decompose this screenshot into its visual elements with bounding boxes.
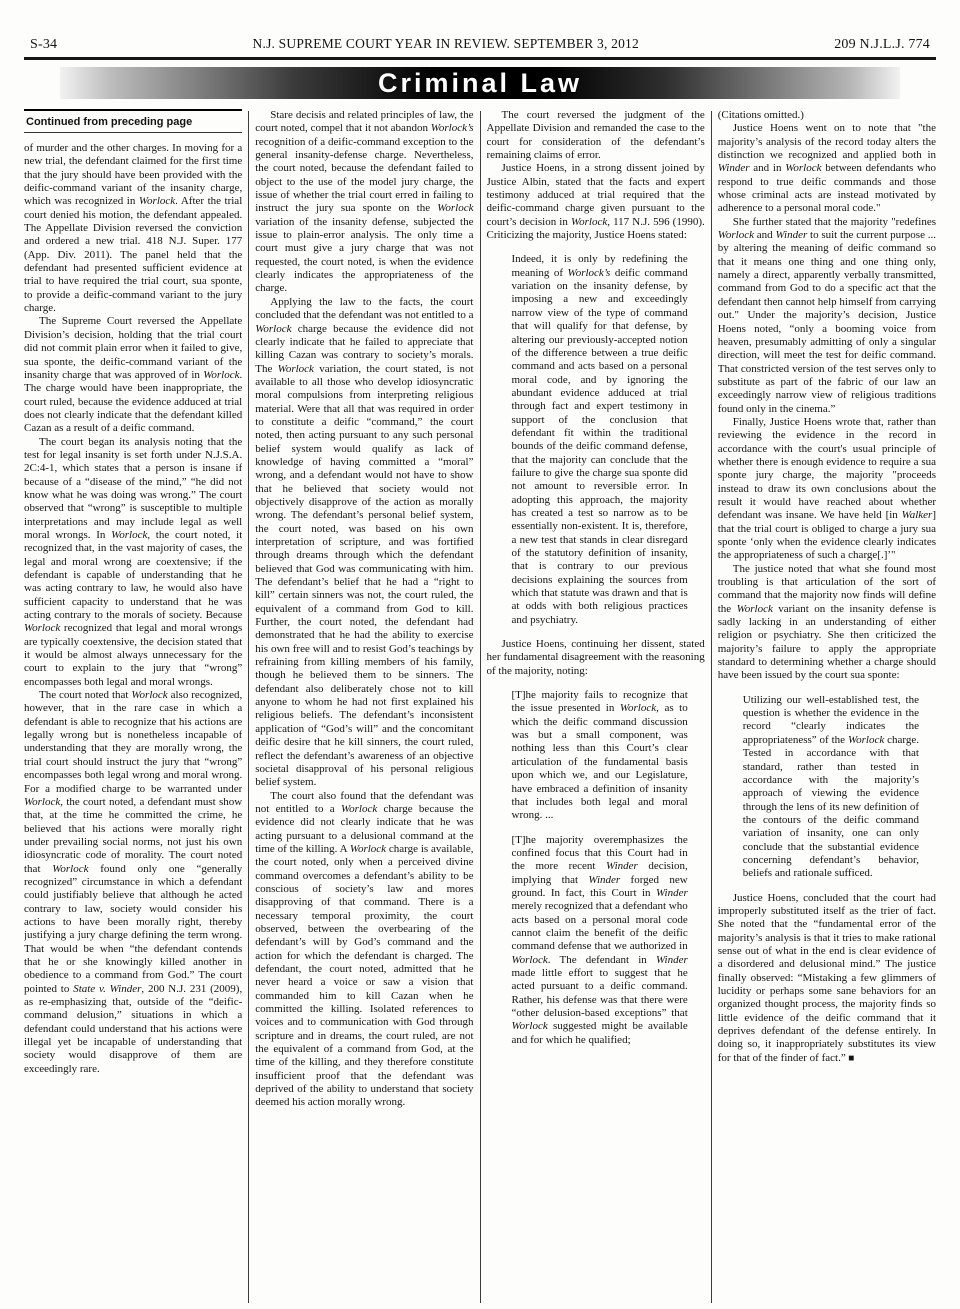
body-paragraph: The court reversed the judgment of the A… bbox=[487, 109, 705, 162]
body-paragraph: (Citations omitted.) bbox=[718, 109, 936, 122]
column-3: The court reversed the judgment of the A… bbox=[487, 109, 705, 1309]
body-paragraph: of murder and the other charges. In movi… bbox=[24, 142, 242, 315]
block-quote: [T]he majority overemphasizes the confin… bbox=[487, 834, 705, 1048]
running-head: S-34 N.J. SUPREME COURT YEAR IN REVIEW. … bbox=[24, 36, 936, 57]
body-paragraph: Finally, Justice Hoens wrote that, rathe… bbox=[718, 416, 936, 563]
block-quote: Utilizing our well-established test, the… bbox=[718, 694, 936, 881]
block-quote: Indeed, it is only by redefining the mea… bbox=[487, 253, 705, 627]
column-1-text: of murder and the other charges. In movi… bbox=[24, 142, 242, 1076]
header-rule bbox=[24, 57, 936, 60]
continued-note: Continued from preceding page bbox=[24, 109, 242, 133]
newspaper-page: S-34 N.J. SUPREME COURT YEAR IN REVIEW. … bbox=[0, 0, 960, 1309]
column-4-text: (Citations omitted.)Justice Hoens went o… bbox=[718, 109, 936, 1065]
column-divider bbox=[248, 111, 249, 1303]
body-paragraph: The Supreme Court reversed the Appellate… bbox=[24, 315, 242, 435]
column-1: Continued from preceding page of murder … bbox=[24, 109, 242, 1309]
end-of-article-mark: ■ bbox=[846, 1053, 855, 1064]
column-2: Stare decisis and related principles of … bbox=[255, 109, 473, 1309]
continued-note-label: Continued from preceding page bbox=[24, 111, 242, 133]
body-paragraph: Justice Hoens, in a strong dissent joine… bbox=[487, 162, 705, 242]
column-4: (Citations omitted.)Justice Hoens went o… bbox=[718, 109, 936, 1309]
body-paragraph: Justice Hoens, continuing her dissent, s… bbox=[487, 638, 705, 678]
article-columns: Continued from preceding page of murder … bbox=[24, 109, 936, 1309]
column-3-text: The court reversed the judgment of the A… bbox=[487, 109, 705, 1047]
body-paragraph: She further stated that the majority "re… bbox=[718, 216, 936, 416]
body-paragraph: The court began its analysis noting that… bbox=[24, 436, 242, 690]
column-divider bbox=[711, 111, 712, 1303]
body-paragraph: Applying the law to the facts, the court… bbox=[255, 296, 473, 790]
body-paragraph: The court noted that Worlock also recogn… bbox=[24, 689, 242, 1076]
body-paragraph: Justice Hoens went on to note that "the … bbox=[718, 122, 936, 215]
section-title: Criminal Law bbox=[378, 70, 582, 97]
page-number: S-34 bbox=[30, 37, 57, 53]
body-paragraph: The justice noted that what she found mo… bbox=[718, 563, 936, 683]
column-divider bbox=[480, 111, 481, 1303]
column-2-text: Stare decisis and related principles of … bbox=[255, 109, 473, 1110]
body-paragraph: The court also found that the defendant … bbox=[255, 790, 473, 1110]
section-banner: Criminal Law bbox=[60, 67, 900, 99]
edition-title: N.J. SUPREME COURT YEAR IN REVIEW. SEPTE… bbox=[57, 36, 834, 52]
block-quote: [T]he majority fails to recognize that t… bbox=[487, 689, 705, 822]
body-paragraph: Stare decisis and related principles of … bbox=[255, 109, 473, 296]
citation-label: 209 N.J.L.J. 774 bbox=[834, 37, 930, 53]
body-paragraph: Justice Hoens, concluded that the court … bbox=[718, 892, 936, 1065]
